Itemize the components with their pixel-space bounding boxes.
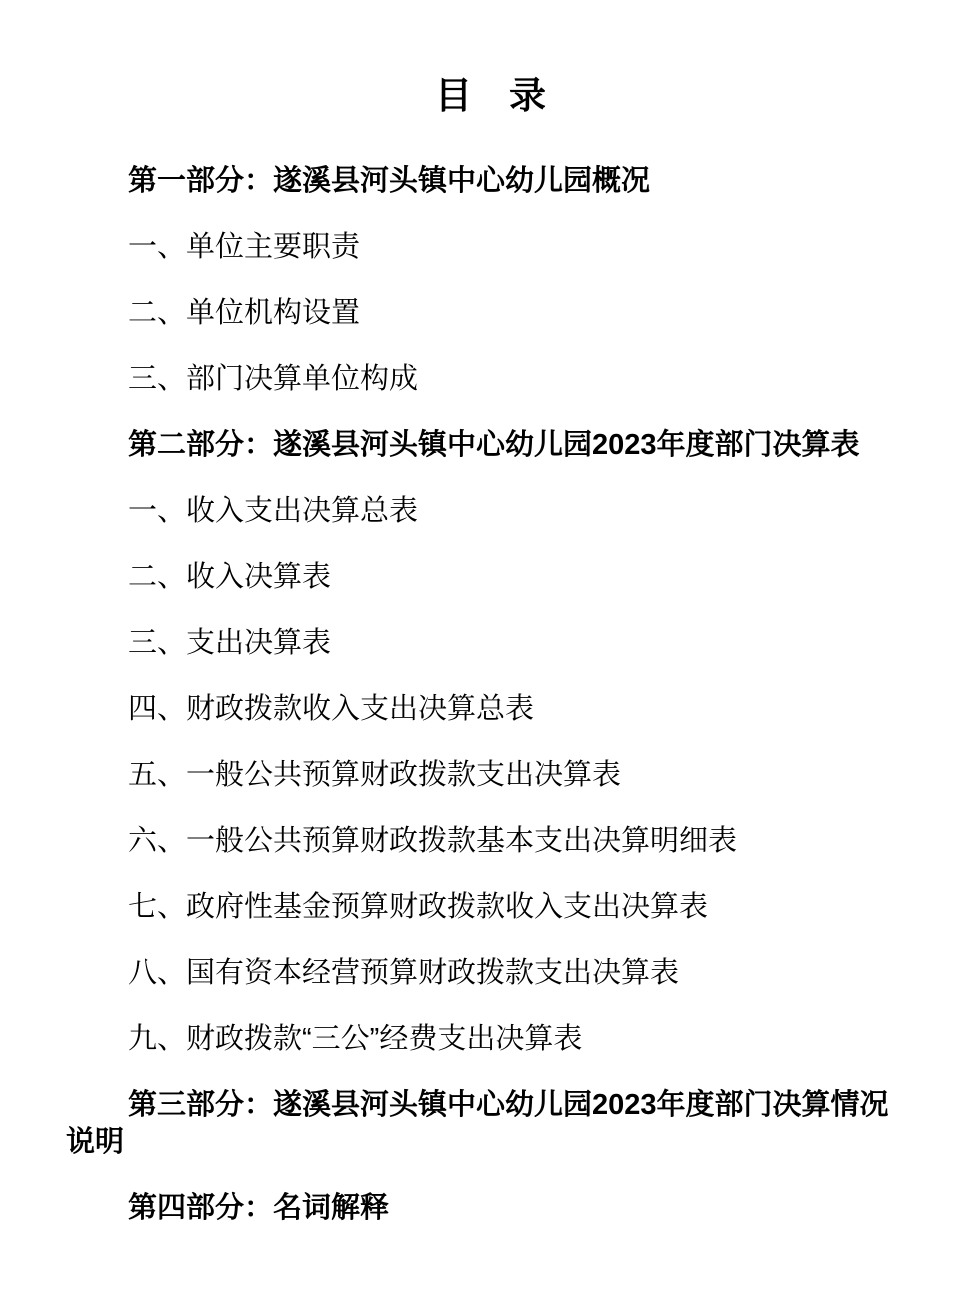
page-title: 目 录 [66,74,915,118]
toc-item-part2-4: 四、财政拨款收入支出决算总表 [66,691,915,728]
toc-item-part1-3: 三、部门决算单位构成 [66,361,915,398]
toc-item-part2-1: 一、收入支出决算总表 [66,493,915,530]
toc-page: 目 录 第一部分：遂溪县河头镇中心幼儿园概况 一、单位主要职责 二、单位机构设置… [0,0,977,1315]
toc-item-part2-8: 八、国有资本经营预算财政拨款支出决算表 [66,955,915,992]
toc-item-part2-2: 二、收入决算表 [66,559,915,596]
section-heading-part3: 第三部分：遂溪县河头镇中心幼儿园2023年度部门决算情况说明 [66,1087,915,1161]
toc-item-part2-3: 三、支出决算表 [66,625,915,662]
section-heading-part4: 第四部分：名词解释 [66,1190,915,1227]
section-heading-part2: 第二部分：遂溪县河头镇中心幼儿园2023年度部门决算表 [66,427,915,464]
toc-item-part2-9: 九、财政拨款“三公”经费支出决算表 [66,1021,915,1058]
toc-item-part1-2: 二、单位机构设置 [66,295,915,332]
toc-item-part2-7: 七、政府性基金预算财政拨款收入支出决算表 [66,889,915,926]
section-heading-part1: 第一部分：遂溪县河头镇中心幼儿园概况 [66,163,915,200]
toc-item-part1-1: 一、单位主要职责 [66,229,915,266]
toc-item-part2-5: 五、一般公共预算财政拨款支出决算表 [66,757,915,794]
toc-item-part2-6: 六、一般公共预算财政拨款基本支出决算明细表 [66,823,915,860]
